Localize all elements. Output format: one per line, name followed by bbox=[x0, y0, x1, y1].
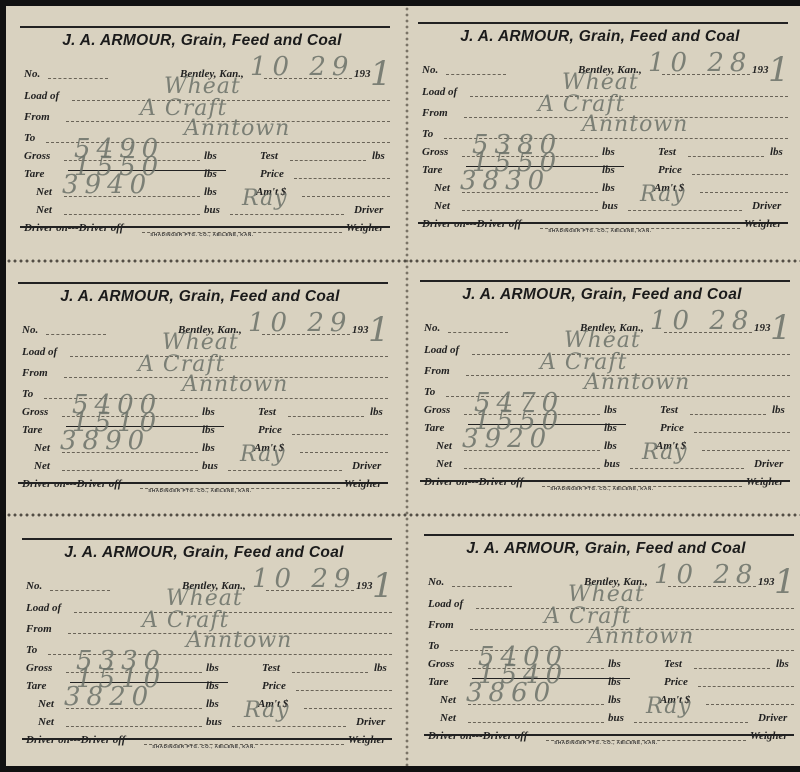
net-lbs-label: Net bbox=[440, 694, 456, 706]
load-of-label: Load of bbox=[428, 598, 463, 610]
test-label: Test bbox=[262, 662, 280, 674]
test-field bbox=[694, 668, 770, 669]
bus-unit: bus bbox=[608, 712, 624, 724]
printer-imprint: SHADINGER PTG. CO., ABILENE, KAN. bbox=[12, 488, 388, 493]
top-rule bbox=[420, 280, 790, 282]
to-label: To bbox=[424, 386, 435, 398]
price-label: Price bbox=[658, 164, 682, 176]
row-net-bus: Net bus Driver bbox=[428, 708, 794, 726]
printer-imprint: SHADINGER PTG. CO., ABILENE, KAN. bbox=[414, 486, 790, 491]
no-label: No. bbox=[22, 324, 38, 336]
lbs-unit: lbs bbox=[374, 662, 387, 674]
year-label: 193 bbox=[758, 576, 775, 588]
scale-ticket: J. A. ARMOUR, Grain, Feed and Coal No. B… bbox=[418, 514, 794, 746]
handwritten-net: 3940 bbox=[62, 170, 152, 200]
handwritten-to: Anntown bbox=[186, 628, 292, 653]
handwritten-driver: Ray bbox=[242, 186, 288, 211]
bus-unit: bus bbox=[604, 458, 620, 470]
driver-field bbox=[630, 468, 744, 469]
bottom-rule bbox=[22, 738, 392, 740]
printer-imprint: SHADINGER PTG. CO., ABILENE, KAN. bbox=[14, 232, 390, 237]
top-rule bbox=[18, 282, 388, 284]
tare-label: Tare bbox=[24, 168, 44, 180]
scale-ticket: J. A. ARMOUR, Grain, Feed and Coal No. B… bbox=[414, 260, 790, 492]
net-bus-field bbox=[468, 722, 604, 723]
top-rule bbox=[20, 26, 390, 28]
handwritten-driver: Ray bbox=[240, 442, 286, 467]
price-field bbox=[692, 174, 788, 175]
row-net-bus: Net bus Driver bbox=[26, 712, 392, 730]
handwritten-driver: Ray bbox=[642, 440, 688, 465]
tare-label: Tare bbox=[424, 422, 444, 434]
amount-field bbox=[302, 196, 390, 197]
handwritten-to: Anntown bbox=[184, 116, 290, 141]
row-net-bus: Net bus Driver bbox=[22, 456, 388, 474]
from-label: From bbox=[26, 623, 52, 635]
ticket-title: J. A. ARMOUR, Grain, Feed and Coal bbox=[12, 288, 388, 306]
row-net-bus: Net bus Driver bbox=[424, 454, 790, 472]
price-label: Price bbox=[262, 680, 286, 692]
bus-unit: bus bbox=[202, 460, 218, 472]
no-field bbox=[446, 74, 506, 75]
amount-field bbox=[300, 452, 388, 453]
year-label: 193 bbox=[356, 580, 373, 592]
test-label: Test bbox=[660, 404, 678, 416]
net-bus-field bbox=[66, 726, 202, 727]
handwritten-to: Anntown bbox=[182, 372, 288, 397]
handwritten-to: Anntown bbox=[582, 112, 688, 137]
no-field bbox=[50, 590, 110, 591]
lbs-unit: lbs bbox=[602, 182, 615, 194]
lbs-unit: lbs bbox=[770, 146, 783, 158]
bus-unit: bus bbox=[204, 204, 220, 216]
lbs-unit: lbs bbox=[776, 658, 789, 670]
price-field bbox=[698, 686, 794, 687]
top-rule bbox=[22, 538, 392, 540]
amount-field bbox=[702, 450, 790, 451]
handwritten-year-digit: 1 bbox=[370, 54, 398, 94]
no-label: No. bbox=[422, 64, 438, 76]
printer-imprint: SHADINGER PTG. CO., ABILENE, KAN. bbox=[418, 740, 794, 745]
handwritten-driver: Ray bbox=[646, 694, 692, 719]
driver-field bbox=[634, 722, 748, 723]
handwritten-net: 3920 bbox=[462, 424, 552, 454]
test-label: Test bbox=[260, 150, 278, 162]
lbs-unit: lbs bbox=[202, 442, 215, 454]
lbs-unit: lbs bbox=[604, 404, 617, 416]
bus-unit: bus bbox=[206, 716, 222, 728]
no-field bbox=[46, 334, 106, 335]
lbs-unit: lbs bbox=[206, 662, 219, 674]
handwritten-date: 10 28 bbox=[650, 306, 754, 336]
net-bus-label: Net bbox=[36, 204, 52, 216]
net-lbs-label: Net bbox=[34, 442, 50, 454]
handwritten-year-digit: 1 bbox=[368, 310, 396, 350]
lbs-unit: lbs bbox=[370, 406, 383, 418]
price-field bbox=[292, 434, 388, 435]
driver-field bbox=[230, 214, 344, 215]
price-label: Price bbox=[660, 422, 684, 434]
no-field bbox=[48, 78, 108, 79]
net-bus-label: Net bbox=[34, 460, 50, 472]
printer-imprint: SHADINGER PTG. CO., ABILENE, KAN. bbox=[412, 228, 788, 233]
lbs-unit: lbs bbox=[204, 150, 217, 162]
lbs-unit: lbs bbox=[608, 658, 621, 670]
handwritten-date: 10 29 bbox=[248, 308, 352, 338]
scale-ticket: J. A. ARMOUR, Grain, Feed and Coal No. B… bbox=[12, 262, 388, 494]
price-field bbox=[294, 178, 390, 179]
handwritten-year-digit: 1 bbox=[768, 50, 796, 90]
test-label: Test bbox=[258, 406, 276, 418]
price-field bbox=[694, 432, 790, 433]
bottom-rule bbox=[424, 734, 794, 736]
lbs-unit: lbs bbox=[204, 186, 217, 198]
tare-label: Tare bbox=[428, 676, 448, 688]
gross-label: Gross bbox=[422, 146, 448, 158]
price-label: Price bbox=[664, 676, 688, 688]
amount-field bbox=[700, 192, 788, 193]
driver-label: Driver bbox=[758, 712, 787, 724]
price-field bbox=[296, 690, 392, 691]
net-bus-field bbox=[462, 210, 598, 211]
handwritten-to: Anntown bbox=[588, 624, 694, 649]
lbs-unit: lbs bbox=[608, 694, 621, 706]
gross-label: Gross bbox=[428, 658, 454, 670]
bottom-rule bbox=[420, 480, 790, 482]
gross-label: Gross bbox=[26, 662, 52, 674]
test-field bbox=[292, 672, 368, 673]
perforation-vertical bbox=[404, 6, 410, 766]
from-label: From bbox=[422, 107, 448, 119]
handwritten-net: 3890 bbox=[60, 426, 150, 456]
net-bus-label: Net bbox=[434, 200, 450, 212]
year-label: 193 bbox=[754, 322, 771, 334]
tare-label: Tare bbox=[422, 164, 442, 176]
price-label: Price bbox=[258, 424, 282, 436]
handwritten-to: Anntown bbox=[584, 370, 690, 395]
lbs-unit: lbs bbox=[202, 406, 215, 418]
net-bus-label: Net bbox=[38, 716, 54, 728]
scale-ticket: J. A. ARMOUR, Grain, Feed and Coal No. B… bbox=[16, 518, 392, 750]
net-bus-field bbox=[62, 470, 198, 471]
handwritten-year-digit: 1 bbox=[770, 308, 798, 348]
handwritten-driver: Ray bbox=[244, 698, 290, 723]
to-label: To bbox=[26, 644, 37, 656]
driver-label: Driver bbox=[356, 716, 385, 728]
load-of-label: Load of bbox=[26, 602, 61, 614]
driver-field bbox=[228, 470, 342, 471]
top-rule bbox=[418, 22, 788, 24]
year-label: 193 bbox=[354, 68, 371, 80]
ticket-title: J. A. ARMOUR, Grain, Feed and Coal bbox=[418, 540, 794, 558]
lbs-unit: lbs bbox=[772, 404, 785, 416]
driver-field bbox=[232, 726, 346, 727]
handwritten-date: 10 29 bbox=[252, 564, 356, 594]
lbs-unit: lbs bbox=[372, 150, 385, 162]
row-net-bus: Net bus Driver bbox=[24, 200, 390, 218]
scale-ticket: J. A. ARMOUR, Grain, Feed and Coal No. B… bbox=[14, 6, 390, 238]
ticket-title: J. A. ARMOUR, Grain, Feed and Coal bbox=[412, 28, 788, 46]
load-of-field bbox=[476, 608, 794, 609]
driver-label: Driver bbox=[754, 458, 783, 470]
load-of-label: Load of bbox=[24, 90, 59, 102]
top-rule bbox=[424, 534, 794, 536]
handwritten-date: 10 29 bbox=[250, 52, 354, 82]
no-label: No. bbox=[428, 576, 444, 588]
load-of-label: Load of bbox=[424, 344, 459, 356]
test-label: Test bbox=[664, 658, 682, 670]
handwritten-year-digit: 1 bbox=[774, 562, 800, 602]
gross-label: Gross bbox=[424, 404, 450, 416]
from-label: From bbox=[22, 367, 48, 379]
driver-field bbox=[628, 210, 742, 211]
test-label: Test bbox=[658, 146, 676, 158]
gross-label: Gross bbox=[24, 150, 50, 162]
handwritten-net: 3830 bbox=[460, 166, 550, 196]
load-of-field bbox=[72, 100, 390, 101]
test-field bbox=[288, 416, 364, 417]
driver-label: Driver bbox=[354, 204, 383, 216]
handwritten-date: 10 28 bbox=[654, 560, 758, 590]
row-net-bus: Net bus Driver bbox=[422, 196, 788, 214]
no-field bbox=[452, 586, 512, 587]
handwritten-driver: Ray bbox=[640, 182, 686, 207]
test-field bbox=[688, 156, 764, 157]
from-label: From bbox=[24, 111, 50, 123]
handwritten-net: 3820 bbox=[64, 682, 154, 712]
tare-label: Tare bbox=[22, 424, 42, 436]
net-bus-label: Net bbox=[440, 712, 456, 724]
load-of-field bbox=[74, 612, 392, 613]
to-label: To bbox=[22, 388, 33, 400]
net-bus-field bbox=[464, 468, 600, 469]
no-label: No. bbox=[24, 68, 40, 80]
handwritten-year-digit: 1 bbox=[372, 566, 400, 606]
load-of-label: Load of bbox=[22, 346, 57, 358]
amount-field bbox=[706, 704, 794, 705]
from-label: From bbox=[428, 619, 454, 631]
tare-label: Tare bbox=[26, 680, 46, 692]
load-of-field bbox=[70, 356, 388, 357]
year-label: 193 bbox=[752, 64, 769, 76]
net-bus-field bbox=[64, 214, 200, 215]
bus-unit: bus bbox=[602, 200, 618, 212]
ticket-title: J. A. ARMOUR, Grain, Feed and Coal bbox=[414, 286, 790, 304]
no-label: No. bbox=[424, 322, 440, 334]
scale-ticket: J. A. ARMOUR, Grain, Feed and Coal No. B… bbox=[412, 2, 788, 234]
bottom-rule bbox=[20, 226, 390, 228]
bottom-rule bbox=[18, 482, 388, 484]
net-lbs-label: Net bbox=[436, 440, 452, 452]
net-lbs-label: Net bbox=[38, 698, 54, 710]
load-of-field bbox=[470, 96, 788, 97]
lbs-unit: lbs bbox=[206, 698, 219, 710]
load-of-field bbox=[472, 354, 790, 355]
net-lbs-label: Net bbox=[36, 186, 52, 198]
load-of-label: Load of bbox=[422, 86, 457, 98]
test-field bbox=[290, 160, 366, 161]
year-label: 193 bbox=[352, 324, 369, 336]
net-bus-label: Net bbox=[436, 458, 452, 470]
price-label: Price bbox=[260, 168, 284, 180]
to-label: To bbox=[24, 132, 35, 144]
driver-label: Driver bbox=[752, 200, 781, 212]
printer-imprint: SHADINGER PTG. CO., ABILENE, KAN. bbox=[16, 744, 392, 749]
bottom-rule bbox=[418, 222, 788, 224]
handwritten-net: 3860 bbox=[466, 678, 556, 708]
ticket-title: J. A. ARMOUR, Grain, Feed and Coal bbox=[16, 544, 392, 562]
handwritten-date: 10 28 bbox=[648, 48, 752, 78]
from-label: From bbox=[424, 365, 450, 377]
lbs-unit: lbs bbox=[602, 146, 615, 158]
gross-label: Gross bbox=[22, 406, 48, 418]
test-field bbox=[690, 414, 766, 415]
net-lbs-label: Net bbox=[434, 182, 450, 194]
to-label: To bbox=[428, 640, 439, 652]
to-label: To bbox=[422, 128, 433, 140]
no-field bbox=[448, 332, 508, 333]
no-label: No. bbox=[26, 580, 42, 592]
ticket-title: J. A. ARMOUR, Grain, Feed and Coal bbox=[14, 32, 390, 50]
driver-label: Driver bbox=[352, 460, 381, 472]
lbs-unit: lbs bbox=[604, 440, 617, 452]
amount-field bbox=[304, 708, 392, 709]
